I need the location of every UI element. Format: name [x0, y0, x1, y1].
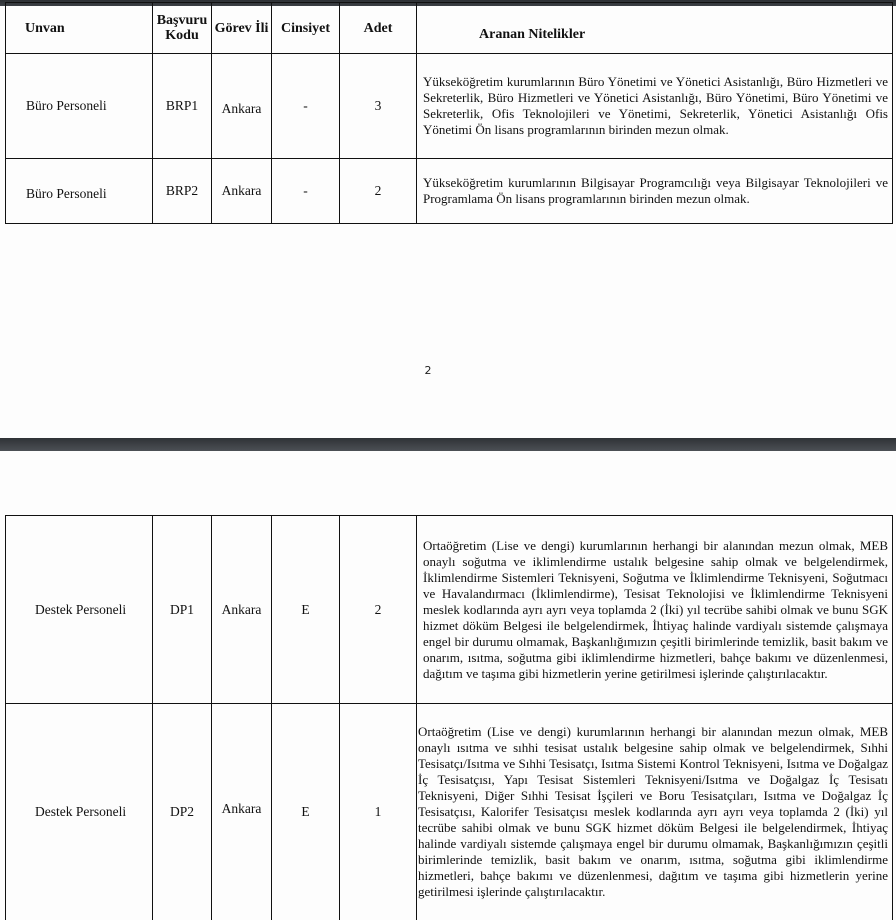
page-number: 2: [422, 364, 434, 377]
cell-gorev-ili: Ankara: [212, 704, 272, 920]
header-aranan-nitelikler: Aranan Nitelikler: [417, 3, 893, 54]
gorev-ili-text: Ankara: [222, 801, 262, 816]
cell-aranan-nitelikler: Yükseköğretim kurumlarının Bilgisayar Pr…: [417, 159, 893, 224]
gorev-ili-text: Ankara: [222, 101, 262, 116]
cell-gorev-ili: Ankara: [212, 54, 272, 159]
table-header-row: Unvan Başvuru Kodu Görev İli Cinsiyet Ad…: [6, 3, 893, 54]
cell-adet: 2: [340, 516, 417, 704]
cell-basvuru-kodu: DP1: [153, 516, 212, 704]
table-row: Büro Personeli BRP2 Ankara - 2 Yükseköğr…: [6, 159, 893, 224]
table-row: Büro Personeli BRP1 Ankara - 3 Yükseköğr…: [6, 54, 893, 159]
table-row: Destek Personeli DP2 Ankara E 1 Ortaöğre…: [6, 704, 893, 920]
cell-adet: 1: [340, 704, 417, 920]
cell-cinsiyet: E: [272, 516, 340, 704]
header-gorev-ili: Görev İli: [212, 3, 272, 54]
header-cinsiyet: Cinsiyet: [272, 3, 340, 54]
cell-basvuru-kodu: BRP1: [153, 54, 212, 159]
cell-adet: 2: [340, 159, 417, 224]
cell-gorev-ili: Ankara: [212, 516, 272, 704]
cell-unvan: Büro Personeli: [6, 159, 153, 224]
unvan-text: Büro Personeli: [26, 186, 107, 201]
job-positions-table-continued: Destek Personeli DP1 Ankara E 2 Ortaöğre…: [5, 515, 893, 920]
job-positions-table-page-top: Unvan Başvuru Kodu Görev İli Cinsiyet Ad…: [5, 2, 893, 224]
cell-aranan-nitelikler: Yükseköğretim kurumlarının Büro Yönetimi…: [417, 54, 893, 159]
header-basvuru-kodu: Başvuru Kodu: [153, 3, 212, 54]
cell-basvuru-kodu: BRP2: [153, 159, 212, 224]
cell-cinsiyet: -: [272, 159, 340, 224]
cell-unvan: Destek Personeli: [6, 516, 153, 704]
cell-cinsiyet: -: [272, 54, 340, 159]
table-row: Destek Personeli DP1 Ankara E 2 Ortaöğre…: [6, 516, 893, 704]
cell-aranan-nitelikler: Ortaöğretim (Lise ve dengi) kurumlarının…: [417, 516, 893, 704]
cell-unvan: Destek Personeli: [6, 704, 153, 920]
cell-basvuru-kodu: DP2: [153, 704, 212, 920]
cell-cinsiyet: E: [272, 704, 340, 920]
header-unvan: Unvan: [6, 3, 153, 54]
cell-aranan-nitelikler: Ortaöğretim (Lise ve dengi) kurumlarının…: [417, 704, 893, 920]
cell-unvan: Büro Personeli: [6, 54, 153, 159]
page-separator: [0, 438, 896, 451]
cell-adet: 3: [340, 54, 417, 159]
cell-gorev-ili: Ankara: [212, 159, 272, 224]
header-adet: Adet: [340, 3, 417, 54]
